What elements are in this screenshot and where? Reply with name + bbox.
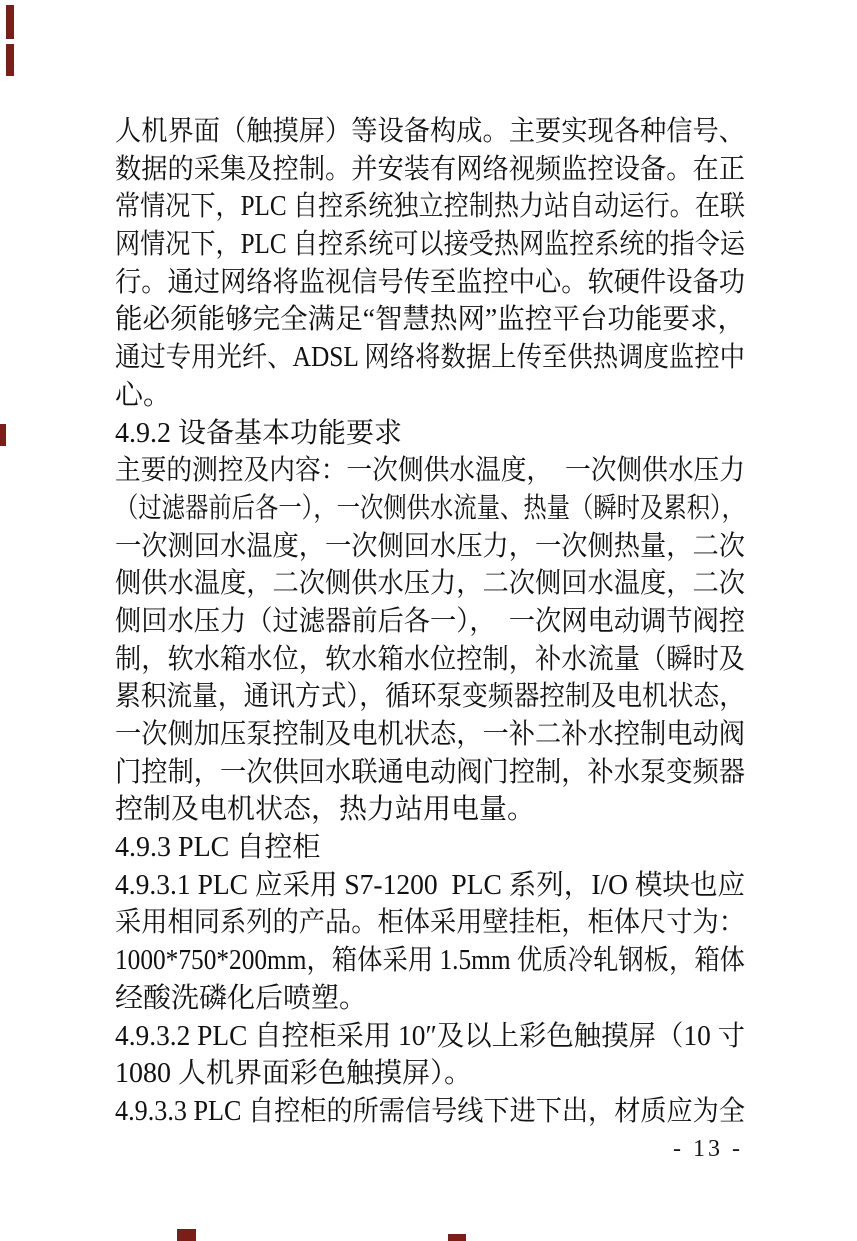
text-line: 主要的测控及内容：一次侧供水温度， 一次侧供水压力 xyxy=(115,452,745,490)
text-line: 常情况下，PLC 自控系统独立控制热力站自动运行。在联 xyxy=(115,188,745,226)
red-edge-mark-top-1 xyxy=(6,5,14,39)
text-line: 1000*750*200mm，箱体采用 1.5mm 优质冷轧钢板，箱体 xyxy=(115,942,745,980)
text-line-content: 侧供水温度，二次侧供水压力，二次侧回水温度，二次 xyxy=(115,565,745,603)
text-line-content: 4.9.3.2 PLC 自控柜采用 10″及以上彩色触摸屏（10 寸 xyxy=(115,1018,745,1056)
text-line: （过滤器前后各一），一次侧供水流量、热量（瞬时及累积）， xyxy=(115,490,745,528)
text-line-content: 侧回水压力（过滤器前后各一）， 一次网电动调节阀控 xyxy=(115,603,745,641)
text-line-content: 心。 xyxy=(115,377,171,415)
text-line-content: （过滤器前后各一），一次侧供水流量、热量（瞬时及累积）， xyxy=(115,490,745,528)
text-line-content: 控制及电机状态，热力站用电量。 xyxy=(115,791,535,829)
text-line-content: 能必须能够完全满足“智慧热网”监控平台功能要求， xyxy=(115,301,745,339)
red-edge-mark-left xyxy=(0,424,6,446)
text-line-content: 4.9.2 设备基本功能要求 xyxy=(115,415,402,453)
text-line-content: 4.9.3 PLC 自控柜 xyxy=(115,829,320,867)
red-edge-mark-top-2 xyxy=(6,44,14,76)
text-line: 通过专用光纤、ADSL 网络将数据上传至供热调度监控中 xyxy=(115,339,745,377)
text-line-content: 网情况下，PLC 自控系统可以接受热网监控系统的指令运 xyxy=(115,226,745,264)
text-line: 4.9.3 PLC 自控柜 xyxy=(115,829,745,867)
text-line-content: 数据的采集及控制。并安装有网络视频监控设备。在正 xyxy=(115,151,745,189)
text-line-content: 经酸洗磷化后喷塑。 xyxy=(115,980,367,1018)
text-line: 累积流量，通讯方式），循环泵变频器控制及电机状态， xyxy=(115,678,745,716)
text-line-content: 通过专用光纤、ADSL 网络将数据上传至供热调度监控中 xyxy=(115,339,745,377)
text-line: 心。 xyxy=(115,377,745,415)
text-line: 一次测回水温度，一次侧回水压力，一次侧热量，二次 xyxy=(115,528,745,566)
text-line: 人机界面（触摸屏）等设备构成。主要实现各种信号、 xyxy=(115,113,745,151)
document-page: 人机界面（触摸屏）等设备构成。主要实现各种信号、数据的采集及控制。并安装有网络视… xyxy=(0,0,857,1241)
text-line: 一次侧加压泵控制及电机状态，一补二补水控制电动阀 xyxy=(115,716,745,754)
text-line-content: 4.9.3.1 PLC 应采用 S7-1200 PLC 系列，I/O 模块也应 xyxy=(115,867,745,905)
text-line: 经酸洗磷化后喷塑。 xyxy=(115,980,745,1018)
text-line: 侧供水温度，二次侧供水压力，二次侧回水温度，二次 xyxy=(115,565,745,603)
text-line-content: 采用相同系列的产品。柜体采用壁挂柜，柜体尺寸为： xyxy=(115,904,745,942)
text-line: 4.9.2 设备基本功能要求 xyxy=(115,415,745,453)
text-line: 能必须能够完全满足“智慧热网”监控平台功能要求， xyxy=(115,301,745,339)
text-line: 网情况下，PLC 自控系统可以接受热网监控系统的指令运 xyxy=(115,226,745,264)
text-line-content: 门控制，一次供回水联通电动阀门控制，补水泵变频器 xyxy=(115,754,745,792)
text-line-content: 1080 人机界面彩色触摸屏）。 xyxy=(115,1055,472,1093)
text-line-content: 主要的测控及内容：一次侧供水温度， 一次侧供水压力 xyxy=(115,452,745,490)
red-edge-mark-bottom-2 xyxy=(448,1234,466,1241)
text-line-content: 行。通过网络将监视信号传至监控中心。软硬件设备功 xyxy=(115,264,745,302)
text-line-content: 一次侧加压泵控制及电机状态，一补二补水控制电动阀 xyxy=(115,716,745,754)
text-line-content: 1000*750*200mm，箱体采用 1.5mm 优质冷轧钢板，箱体 xyxy=(115,942,745,980)
text-line-content: 制，软水箱水位，软水箱水位控制，补水流量（瞬时及 xyxy=(115,641,745,679)
red-edge-mark-bottom-1 xyxy=(177,1229,196,1241)
text-line: 侧回水压力（过滤器前后各一）， 一次网电动调节阀控 xyxy=(115,603,745,641)
text-line: 数据的采集及控制。并安装有网络视频监控设备。在正 xyxy=(115,151,745,189)
text-line-content: 一次测回水温度，一次侧回水压力，一次侧热量，二次 xyxy=(115,528,745,566)
text-line-content: 常情况下，PLC 自控系统独立控制热力站自动运行。在联 xyxy=(115,188,745,226)
page-number: - 13 - xyxy=(115,1132,743,1166)
text-line: 4.9.3.1 PLC 应采用 S7-1200 PLC 系列，I/O 模块也应 xyxy=(115,867,745,905)
text-line: 门控制，一次供回水联通电动阀门控制，补水泵变频器 xyxy=(115,754,745,792)
text-line: 4.9.3.2 PLC 自控柜采用 10″及以上彩色触摸屏（10 寸 xyxy=(115,1018,745,1056)
text-line: 1080 人机界面彩色触摸屏）。 xyxy=(115,1055,745,1093)
text-line-content: 人机界面（触摸屏）等设备构成。主要实现各种信号、 xyxy=(115,113,745,151)
text-line: 控制及电机状态，热力站用电量。 xyxy=(115,791,745,829)
text-line-content: 累积流量，通讯方式），循环泵变频器控制及电机状态， xyxy=(115,678,745,716)
text-line: 制，软水箱水位，软水箱水位控制，补水流量（瞬时及 xyxy=(115,641,745,679)
text-line: 采用相同系列的产品。柜体采用壁挂柜，柜体尺寸为： xyxy=(115,904,745,942)
text-line-content: 4.9.3.3 PLC 自控柜的所需信号线下进下出，材质应为全 xyxy=(115,1093,745,1131)
body-text: 人机界面（触摸屏）等设备构成。主要实现各种信号、数据的采集及控制。并安装有网络视… xyxy=(115,113,745,1131)
text-line: 行。通过网络将监视信号传至监控中心。软硬件设备功 xyxy=(115,264,745,302)
text-line: 4.9.3.3 PLC 自控柜的所需信号线下进下出，材质应为全 xyxy=(115,1093,745,1131)
